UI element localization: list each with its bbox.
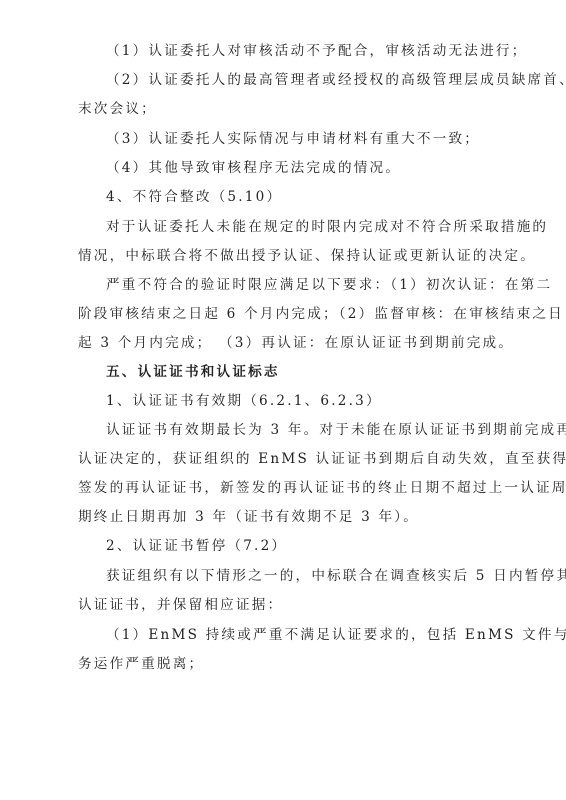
section-heading: 1、认证证书有效期（6.2.1、6.2.3） xyxy=(106,392,526,410)
text-line: 阶段审核结束之日起 6 个月内完成；（2）监督审核：在审核结束之日 xyxy=(78,305,498,323)
text-line: 对于认证委托人未能在规定的时限内完成对不符合所采取措施的 xyxy=(106,218,526,236)
text-line: 认证决定的，获证组织的 EnMS 认证证书到期后自动失效，直至获得新 xyxy=(78,450,498,468)
text-line: （1）认证委托人对审核活动不予配合，审核活动无法进行； xyxy=(106,42,526,60)
text-line: 末次会议； xyxy=(78,100,498,118)
text-line: 认证证书，并保留相应证据： xyxy=(78,596,498,614)
text-line: 获证组织有以下情形之一的，中标联合在调查核实后 5 日内暂停其 xyxy=(106,567,526,585)
section-heading: 2、认证证书暂停（7.2） xyxy=(106,537,526,555)
text-line: （3）认证委托人实际情况与申请材料有重大不一致； xyxy=(106,130,526,148)
text-line: 期终止日期再加 3 年（证书有效期不足 3 年）。 xyxy=(78,508,498,526)
text-line: 起 3 个月内完成； （3）再认证：在原认证证书到期前完成。 xyxy=(78,334,498,352)
text-line: （2）认证委托人的最高管理者或经授权的高级管理层成员缺席首、 xyxy=(106,71,526,89)
chapter-heading: 五、认证证书和认证标志 xyxy=(106,363,526,381)
text-line: 认证证书有效期最长为 3 年。对于未能在原认证证书到期前完成再 xyxy=(106,421,526,439)
text-line: 情况，中标联合将不做出授予认证、保持认证或更新认证的决定。 xyxy=(78,247,498,265)
text-line: 签发的再认证证书，新签发的再认证证书的终止日期不超过上一认证周 xyxy=(78,479,498,497)
text-line: （1）EnMS 持续或严重不满足认证要求的，包括 EnMS 文件与实际业 xyxy=(106,626,526,644)
text-line: 严重不符合的验证时限应满足以下要求：（1）初次认证：在第二 xyxy=(106,276,526,294)
text-line: 务运作严重脱离； xyxy=(78,655,498,673)
section-heading: 4、不符合整改（5.10） xyxy=(106,188,526,206)
document-page: （1）认证委托人对审核活动不予配合，审核活动无法进行； （2）认证委托人的最高管… xyxy=(0,0,566,800)
text-line: （4）其他导致审核程序无法完成的情况。 xyxy=(106,159,526,177)
